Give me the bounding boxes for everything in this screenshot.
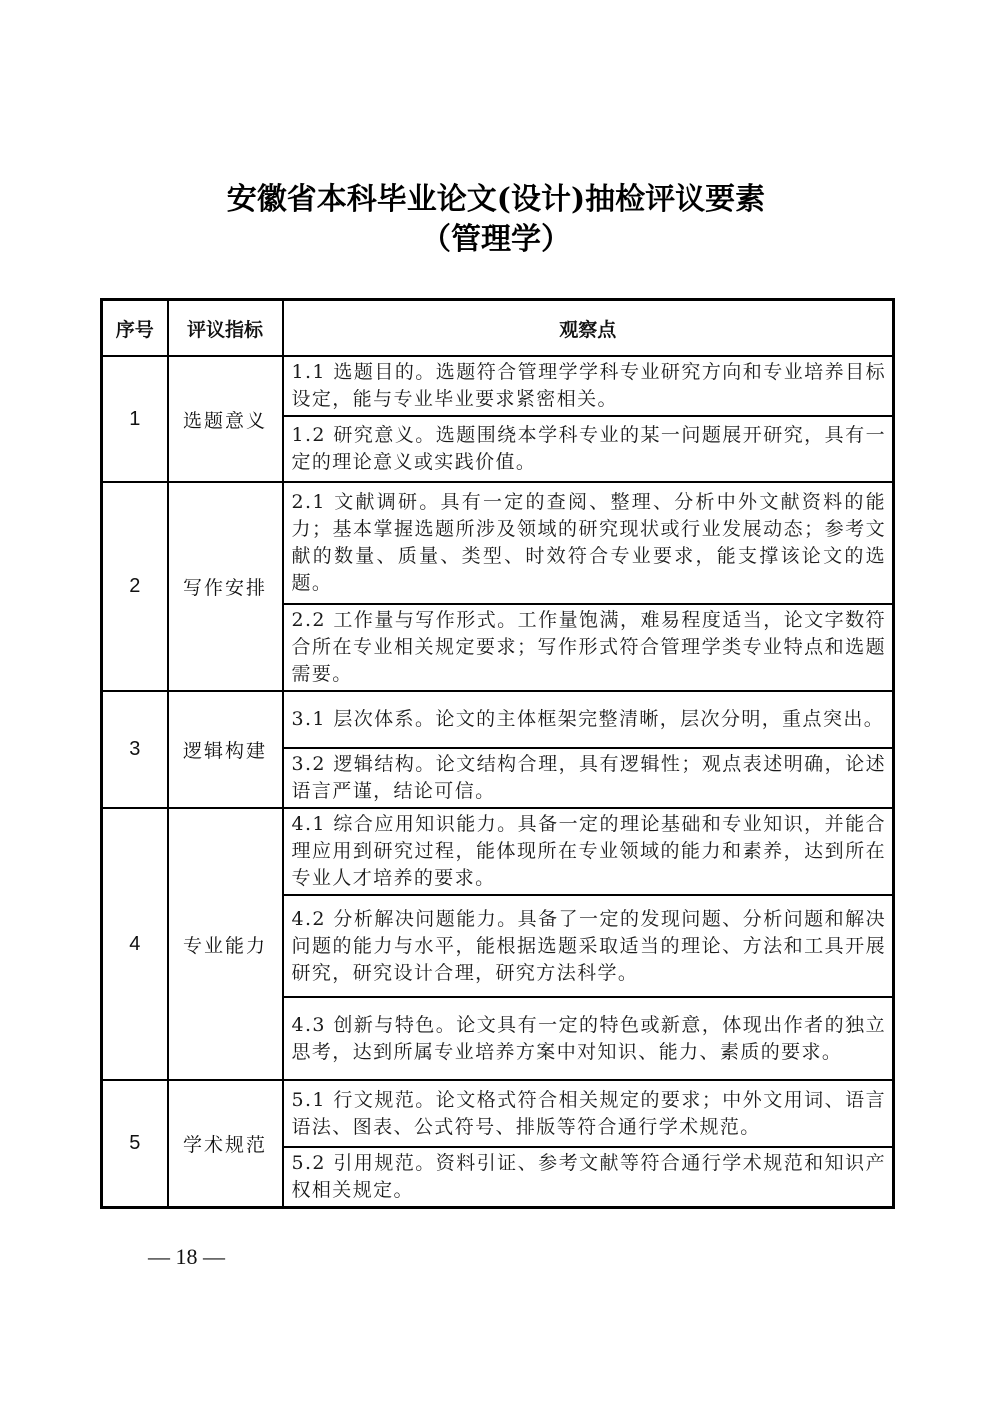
row-seq: 3 [102, 691, 168, 808]
observation-point: 5.2 引用规范。资料引证、参考文献等符合通行学术规范和知识产权相关规定。 [283, 1147, 894, 1208]
row-seq: 5 [102, 1080, 168, 1208]
header-seq: 序号 [102, 300, 168, 357]
table-row: 2 写作安排 2.1 文献调研。具有一定的查阅、整理、分析中外文献资料的能力；基… [102, 482, 894, 604]
observation-point: 2.1 文献调研。具有一定的查阅、整理、分析中外文献资料的能力；基本掌握选题所涉… [283, 482, 894, 604]
header-points: 观察点 [283, 300, 894, 357]
observation-point: 4.3 创新与特色。论文具有一定的特色或新意，体现出作者的独立思考，达到所属专业… [283, 997, 894, 1080]
row-indicator: 选题意义 [168, 356, 283, 482]
evaluation-table: 序号 评议指标 观察点 1 选题意义 1.1 选题目的。选题符合管理学学科专业研… [100, 298, 895, 1209]
observation-point: 4.2 分析解决问题能力。具备了一定的发现问题、分析问题和解决问题的能力与水平，… [283, 895, 894, 997]
observation-point: 2.2 工作量与写作形式。工作量饱满，难易程度适当，论文字数符合所在专业相关规定… [283, 604, 894, 691]
document-subtitle: （管理学） [0, 214, 992, 258]
table-header-row: 序号 评议指标 观察点 [102, 300, 894, 357]
table-row: 4 专业能力 4.1 综合应用知识能力。具备一定的理论基础和专业知识，并能合理应… [102, 808, 894, 895]
row-seq: 4 [102, 808, 168, 1080]
table-row: 1 选题意义 1.1 选题目的。选题符合管理学学科专业研究方向和专业培养目标设定… [102, 356, 894, 416]
page-number: — 18 — [148, 1244, 225, 1270]
observation-point: 3.2 逻辑结构。论文结构合理，具有逻辑性；观点表述明确，论述语言严谨，结论可信… [283, 748, 894, 808]
table-row: 3 逻辑构建 3.1 层次体系。论文的主体框架完整清晰，层次分明，重点突出。 [102, 691, 894, 748]
header-indicator: 评议指标 [168, 300, 283, 357]
row-indicator: 专业能力 [168, 808, 283, 1080]
row-seq: 2 [102, 482, 168, 691]
observation-point: 5.1 行文规范。论文格式符合相关规定的要求；中外文用词、语言语法、图表、公式符… [283, 1080, 894, 1147]
row-indicator: 写作安排 [168, 482, 283, 691]
observation-point: 1.1 选题目的。选题符合管理学学科专业研究方向和专业培养目标设定，能与专业毕业… [283, 356, 894, 416]
row-indicator: 学术规范 [168, 1080, 283, 1208]
observation-point: 4.1 综合应用知识能力。具备一定的理论基础和专业知识，并能合理应用到研究过程，… [283, 808, 894, 895]
observation-point: 3.1 层次体系。论文的主体框架完整清晰，层次分明，重点突出。 [283, 691, 894, 748]
document-title: 安徽省本科毕业论文(设计)抽检评议要素 [0, 174, 992, 218]
table-row: 5 学术规范 5.1 行文规范。论文格式符合相关规定的要求；中外文用词、语言语法… [102, 1080, 894, 1147]
row-indicator: 逻辑构建 [168, 691, 283, 808]
observation-point: 1.2 研究意义。选题围绕本学科专业的某一问题展开研究，具有一定的理论意义或实践… [283, 416, 894, 482]
row-seq: 1 [102, 356, 168, 482]
